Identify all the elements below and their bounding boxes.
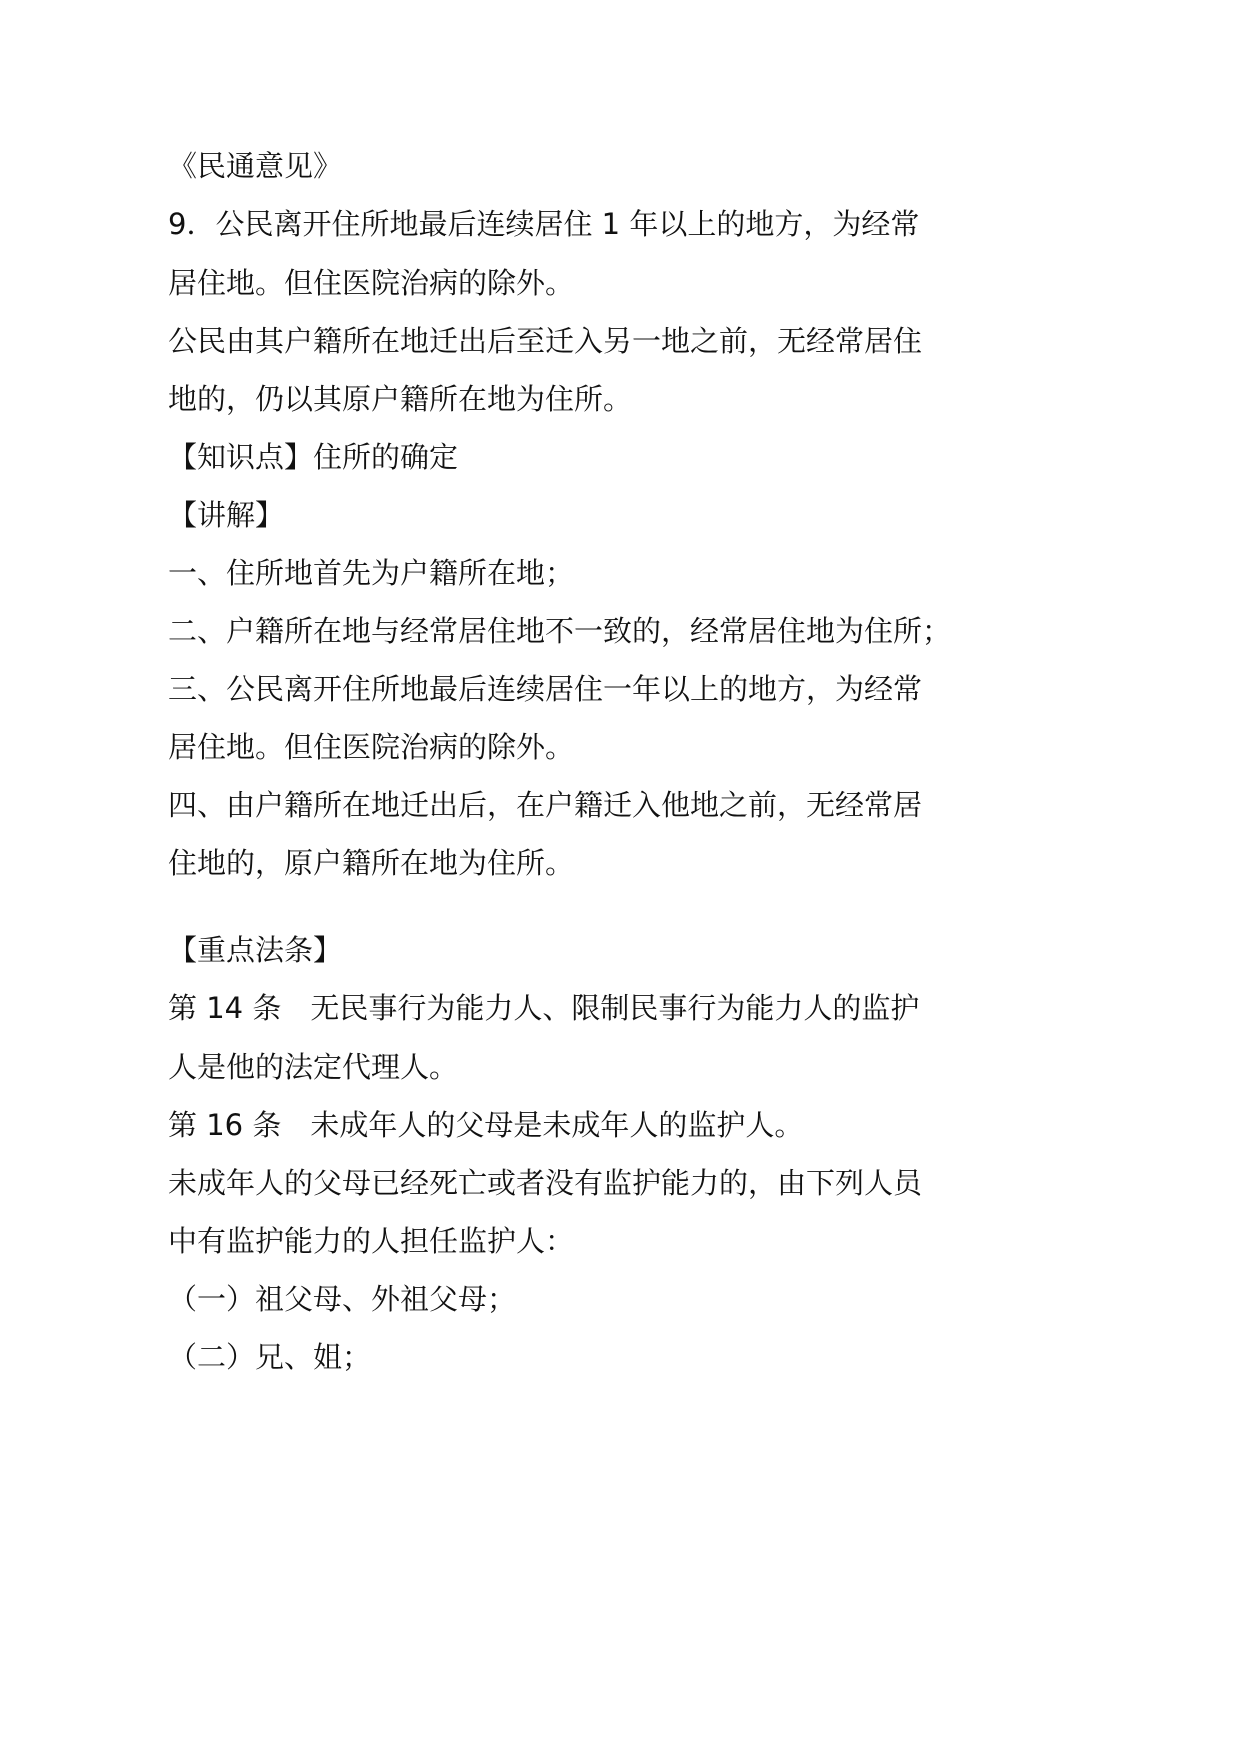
document-page: 《民通意见》 9．公民离开住所地最后连续居住 1 年以上的地方，为经常 居住地。… — [0, 0, 1241, 1754]
paragraph-line: 居住地。但住医院治病的除外。 — [168, 263, 574, 303]
explanation-heading: 【讲解】 — [168, 495, 284, 535]
paragraph-line: 9．公民离开住所地最后连续居住 1 年以上的地方，为经常 — [168, 204, 919, 244]
list-item-continued: 居住地。但住医院治病的除外。 — [168, 727, 574, 767]
list-item: 二、户籍所在地与经常居住地不一致的，经常居住地为住所； — [168, 611, 951, 651]
list-item: 四、由户籍所在地迁出后，在户籍迁入他地之前，无经常居 — [168, 785, 922, 825]
paragraph-line: 公民由其户籍所在地迁出后至迁入另一地之前，无经常居住 — [168, 321, 922, 361]
list-item: 三、公民离开住所地最后连续居住一年以上的地方，为经常 — [168, 669, 922, 709]
list-item: 一、住所地首先为户籍所在地； — [168, 553, 574, 593]
article-sub-item: （一）祖父母、外祖父母； — [168, 1279, 516, 1319]
article-line: 人是他的法定代理人。 — [168, 1047, 458, 1087]
article-line: 中有监护能力的人担任监护人： — [168, 1221, 574, 1261]
paragraph-line: 地的，仍以其原户籍所在地为住所。 — [168, 379, 632, 419]
knowledge-point-heading: 【知识点】住所的确定 — [168, 437, 458, 477]
article-line: 第 14 条 无民事行为能力人、限制民事行为能力人的监护 — [168, 988, 919, 1028]
article-line: 未成年人的父母已经死亡或者没有监护能力的，由下列人员 — [168, 1163, 922, 1203]
key-articles-heading: 【重点法条】 — [168, 930, 342, 970]
list-item-continued: 住地的，原户籍所在地为住所。 — [168, 843, 574, 883]
document-title: 《民通意见》 — [168, 146, 342, 186]
article-sub-item: （二）兄、姐； — [168, 1337, 371, 1377]
article-line: 第 16 条 未成年人的父母是未成年人的监护人。 — [168, 1105, 803, 1145]
